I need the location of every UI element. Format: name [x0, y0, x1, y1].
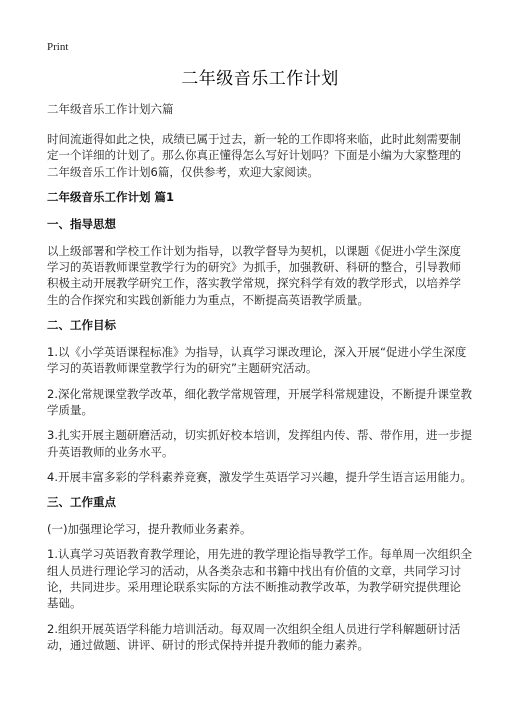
document-page: Print 二年级音乐工作计划 二年级音乐工作计划六篇 时间流逝得如此之快，成绩… — [47, 40, 447, 662]
paragraph: 以上级部署和学校工作计划为指导，以教学督导为契机，以课题《促进小学生深度学习的英… — [47, 243, 472, 308]
print-label: Print — [47, 40, 447, 54]
intro-paragraph: 时间流逝得如此之快，成绩已属于过去，新一轮的工作即将来临，此时此刻需要制定一个详… — [47, 131, 472, 180]
article-heading: 二年级音乐工作计划 篇1 — [47, 189, 447, 205]
section-heading-work-goals: 二、工作目标 — [47, 317, 447, 333]
paragraph: 2.深化常规课堂教学改革，细化教学常规管理，开展学科常规建设，不断提升课堂教学质… — [47, 386, 472, 419]
paragraph: (一)加强理论学习，提升教师业务素养。 — [47, 521, 472, 537]
section-heading-guiding-thought: 一、指导思想 — [47, 216, 447, 232]
paragraph: 1.以《小学英语课程标准》为指导，认真学习课改理论，深入开展“促进小学生深度学习… — [47, 344, 472, 377]
paragraph: 2.组织开展英语学科能力培训活动。每双周一次组织全组人员进行学科解题研讨活动，通… — [47, 621, 472, 654]
paragraph: 1.认真学习英语教育教学理论，用先进的教学理论指导教学工作。每单周一次组织全组人… — [47, 546, 472, 611]
paragraph: 4.开展丰富多彩的学科素养竞赛，激发学生英语学习兴趣，提升学生语言运用能力。 — [47, 469, 472, 485]
document-title: 二年级音乐工作计划 — [47, 68, 473, 90]
section-heading-work-focus: 三、工作重点 — [47, 494, 447, 510]
paragraph: 3.扎实开展主题研磨活动，切实抓好校本培训，发挥组内传、帮、带作用，进一步提升英… — [47, 427, 472, 460]
document-subtitle: 二年级音乐工作计划六篇 — [47, 102, 447, 117]
